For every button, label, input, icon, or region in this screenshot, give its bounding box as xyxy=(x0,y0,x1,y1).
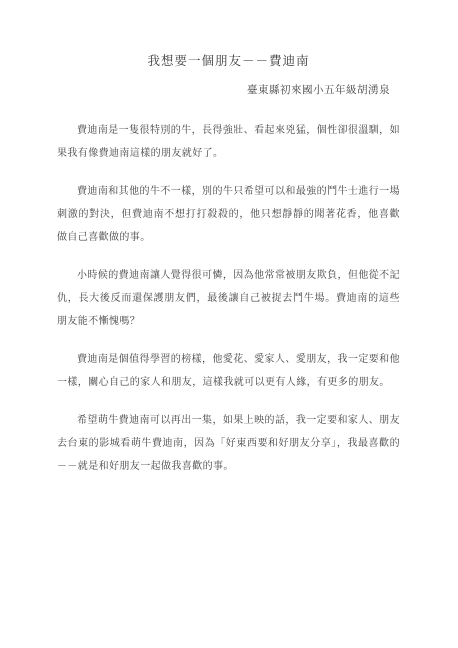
document-content: 我想要一個朋友－－費迪南 臺東縣初來國小五年級胡湧泉 費迪南是一隻很特別的牛，長… xyxy=(0,0,458,478)
essay-byline: 臺東縣初來國小五年級胡湧泉 xyxy=(57,83,400,97)
essay-paragraph-5: 希望萌牛費迪南可以再出一集，如果上映的話，我一定要和家人、朋友去台東的影城看萌牛… xyxy=(57,409,400,478)
document-page: 我想要一個朋友－－費迪南 臺東縣初來國小五年級胡湧泉 費迪南是一隻很特別的牛，長… xyxy=(0,0,458,648)
essay-paragraph-2: 費迪南和其他的牛不一樣，別的牛只希望可以和最強的鬥牛士進行一場刺激的對決，但費迪… xyxy=(57,180,400,249)
essay-paragraph-1: 費迪南是一隻很特別的牛，長得強壯、看起來兇猛，個性卻很溫馴，如果我有像費迪南這樣… xyxy=(57,119,400,165)
essay-title: 我想要一個朋友－－費迪南 xyxy=(57,52,400,70)
essay-paragraph-3: 小時候的費迪南讓人覺得很可憐，因為他常常被朋友欺負，但他從不記仇，長大後反而還保… xyxy=(57,264,400,333)
essay-paragraph-4: 費迪南是個值得學習的榜樣，他愛花、愛家人、愛朋友，我一定要和他一樣，關心自己的家… xyxy=(57,348,400,394)
